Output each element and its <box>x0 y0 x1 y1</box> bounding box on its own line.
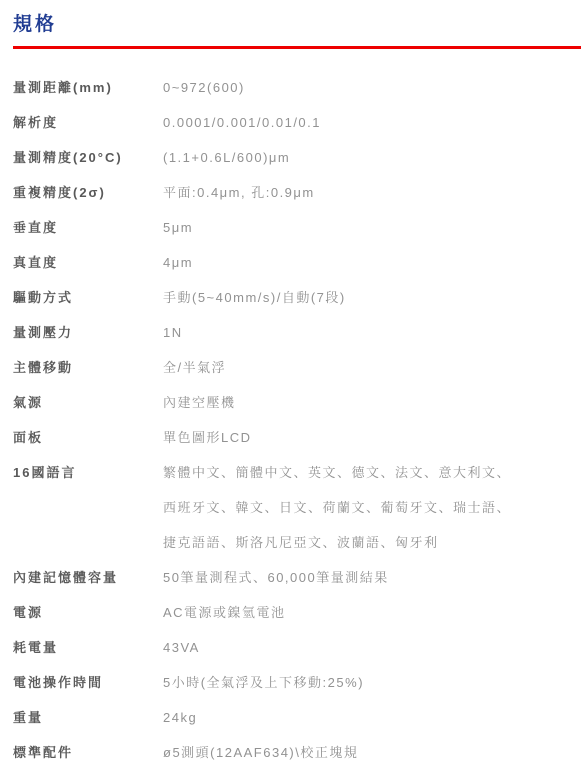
spec-label: 垂直度 <box>13 210 163 245</box>
spec-row: 量測精度(20°C)(1.1+0.6L/600)μm <box>13 140 581 175</box>
spec-row: 標準配件ø5測頭(12AAF634)\校正塊規 <box>13 735 581 770</box>
spec-value: AC電源或鎳氫電池 <box>163 595 581 630</box>
spec-value: 4μm <box>163 245 581 280</box>
spec-value: 50筆量測程式、60,000筆量測結果 <box>163 560 581 595</box>
spec-label: 主體移動 <box>13 350 163 385</box>
spec-row: 面板單色圖形LCD <box>13 420 581 455</box>
spec-value: ø5測頭(12AAF634)\校正塊規 <box>163 735 581 770</box>
spec-label: 驅動方式 <box>13 280 163 315</box>
spec-value: 43VA <box>163 630 581 665</box>
spec-label: 真直度 <box>13 245 163 280</box>
spec-label: 電池操作時間 <box>13 665 163 700</box>
spec-page: 規格 量測距離(mm)0~972(600)解析度0.0001/0.001/0.0… <box>0 0 588 770</box>
spec-label: 重量 <box>13 700 163 735</box>
spec-value: 單色圖形LCD <box>163 420 581 455</box>
spec-label: 16國語言 <box>13 455 163 490</box>
spec-label: 電源 <box>13 595 163 630</box>
spec-row: 真直度4μm <box>13 245 581 280</box>
spec-row: 電池操作時間5小時(全氣浮及上下移動:25%) <box>13 665 581 700</box>
spec-table: 量測距離(mm)0~972(600)解析度0.0001/0.001/0.01/0… <box>13 70 581 770</box>
spec-row: 內建記憶體容量50筆量測程式、60,000筆量測結果 <box>13 560 581 595</box>
spec-row: 量測距離(mm)0~972(600) <box>13 70 581 105</box>
spec-label: 面板 <box>13 420 163 455</box>
spec-row: 16國語言繁體中文、簡體中文、英文、德文、法文、意大利文、 西班牙文、韓文、日文… <box>13 455 581 560</box>
spec-label: 重複精度(2σ) <box>13 175 163 210</box>
spec-value: 5小時(全氣浮及上下移動:25%) <box>163 665 581 700</box>
page-title: 規格 <box>13 14 581 37</box>
spec-label: 量測壓力 <box>13 315 163 350</box>
spec-row: 主體移動全/半氣浮 <box>13 350 581 385</box>
spec-label: 量測精度(20°C) <box>13 140 163 175</box>
spec-label: 標準配件 <box>13 735 163 770</box>
spec-row: 重複精度(2σ)平面:0.4μm, 孔:0.9μm <box>13 175 581 210</box>
spec-value: 內建空壓機 <box>163 385 581 420</box>
title-divider <box>13 46 581 49</box>
spec-row: 氣源內建空壓機 <box>13 385 581 420</box>
spec-label: 解析度 <box>13 105 163 140</box>
spec-value: (1.1+0.6L/600)μm <box>163 140 581 175</box>
spec-value: 手動(5~40mm/s)/自動(7段) <box>163 280 581 315</box>
spec-row: 解析度0.0001/0.001/0.01/0.1 <box>13 105 581 140</box>
spec-row: 重量24kg <box>13 700 581 735</box>
spec-row: 電源AC電源或鎳氫電池 <box>13 595 581 630</box>
spec-row: 耗電量43VA <box>13 630 581 665</box>
spec-value: 繁體中文、簡體中文、英文、德文、法文、意大利文、 西班牙文、韓文、日文、荷蘭文、… <box>163 455 581 560</box>
spec-row: 量測壓力1N <box>13 315 581 350</box>
spec-label: 氣源 <box>13 385 163 420</box>
spec-value: 0.0001/0.001/0.01/0.1 <box>163 105 581 140</box>
spec-label: 內建記憶體容量 <box>13 560 163 595</box>
spec-value: 平面:0.4μm, 孔:0.9μm <box>163 175 581 210</box>
spec-label: 量測距離(mm) <box>13 70 163 105</box>
spec-label: 耗電量 <box>13 630 163 665</box>
spec-value: 1N <box>163 315 581 350</box>
spec-row: 驅動方式手動(5~40mm/s)/自動(7段) <box>13 280 581 315</box>
spec-value: 24kg <box>163 700 581 735</box>
spec-value: 全/半氣浮 <box>163 350 581 385</box>
spec-value: 5μm <box>163 210 581 245</box>
spec-row: 垂直度5μm <box>13 210 581 245</box>
spec-value: 0~972(600) <box>163 70 581 105</box>
